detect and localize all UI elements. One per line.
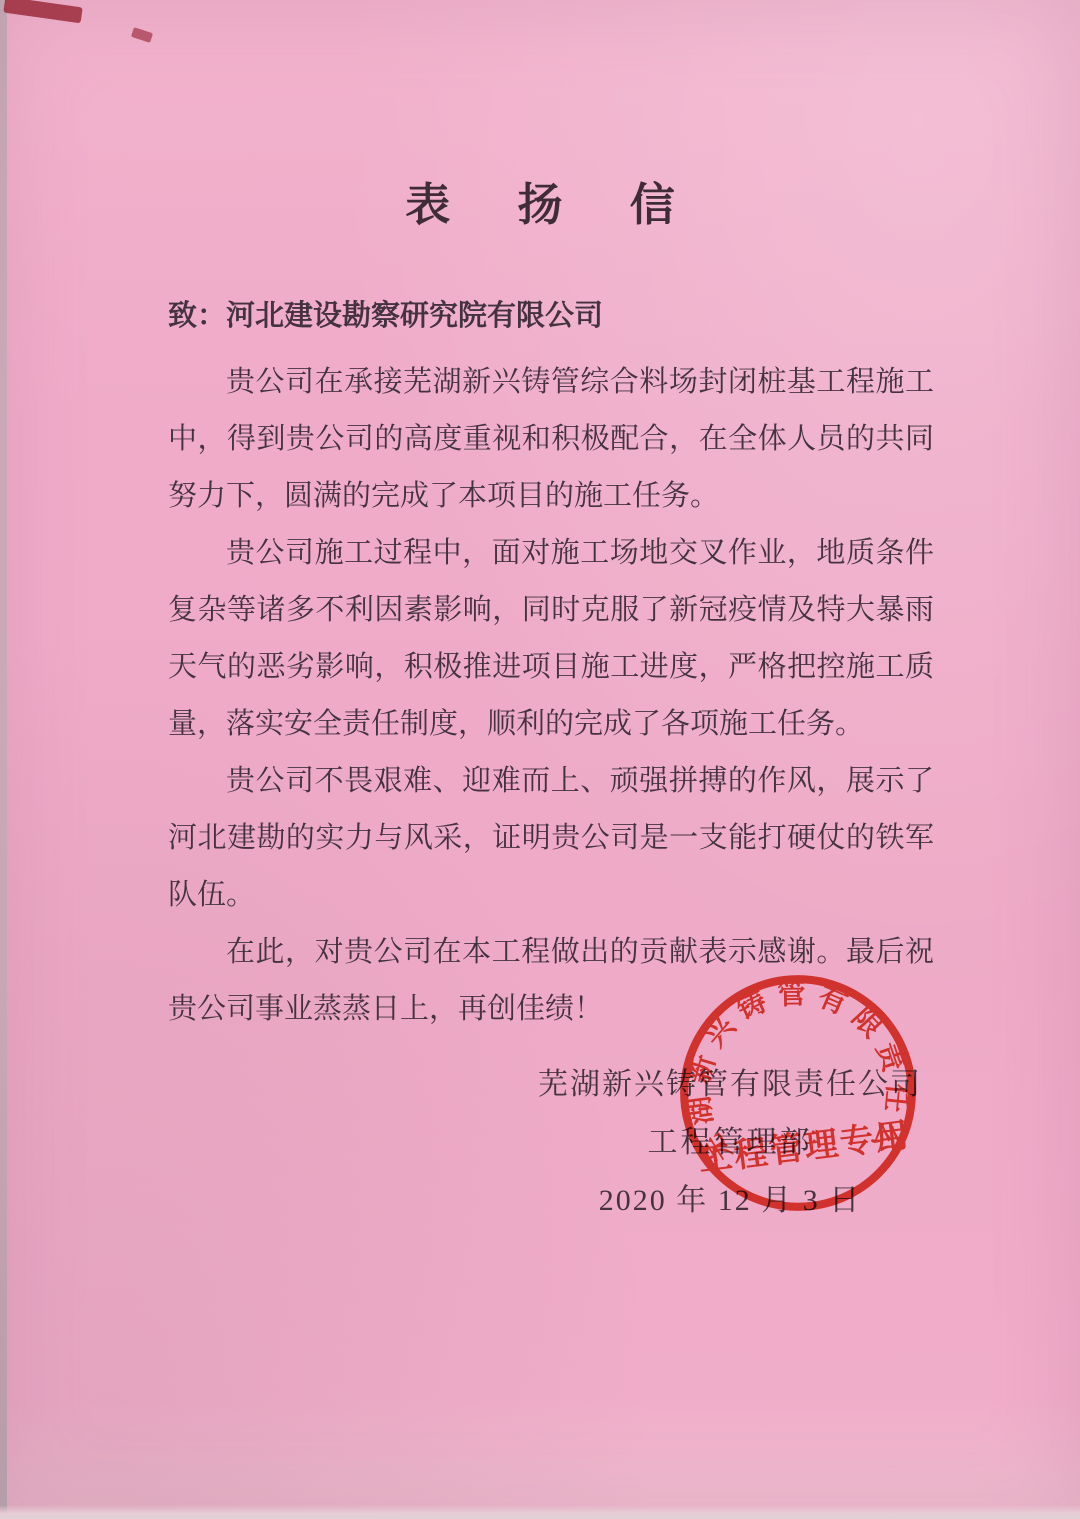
signature-company: 芜湖新兴铸管有限责任公司 bbox=[520, 1056, 940, 1114]
photo-corner-artifact bbox=[3, 0, 82, 23]
paragraph: 贵公司在承接芜湖新兴铸管综合料场封闭桩基工程施工中，得到贵公司的高度重视和积极配… bbox=[168, 354, 934, 525]
photo-edge-bottom bbox=[0, 1505, 1080, 1519]
signature-department: 工程管理部 bbox=[520, 1114, 940, 1172]
paragraph: 贵公司施工过程中，面对施工场地交叉作业，地质条件复杂等诸多不利因素影响，同时克服… bbox=[168, 525, 934, 753]
photo-corner-artifact bbox=[131, 27, 153, 43]
signature-block: 芜湖新兴铸管有限责任公司 工程管理部 2020 年 12 月 3 日 bbox=[520, 1056, 940, 1230]
letter-page: 表 扬 信 致：河北建设勘察研究院有限公司 贵公司在承接芜湖新兴铸管综合料场封闭… bbox=[0, 0, 1080, 1519]
paragraph: 在此，对贵公司在本工程做出的贡献表示感谢。最后祝贵公司事业蒸蒸日上，再创佳绩！ bbox=[168, 924, 934, 1038]
paragraph: 贵公司不畏艰难、迎难而上、顽强拼搏的作风，展示了河北建勘的实力与风采，证明贵公司… bbox=[168, 753, 934, 924]
signature-date: 2020 年 12 月 3 日 bbox=[520, 1172, 940, 1230]
letter-body: 致：河北建设勘察研究院有限公司 贵公司在承接芜湖新兴铸管综合料场封闭桩基工程施工… bbox=[168, 288, 934, 1038]
letter-title: 表 扬 信 bbox=[0, 168, 1080, 233]
recipient-line: 致：河北建设勘察研究院有限公司 bbox=[168, 288, 934, 345]
